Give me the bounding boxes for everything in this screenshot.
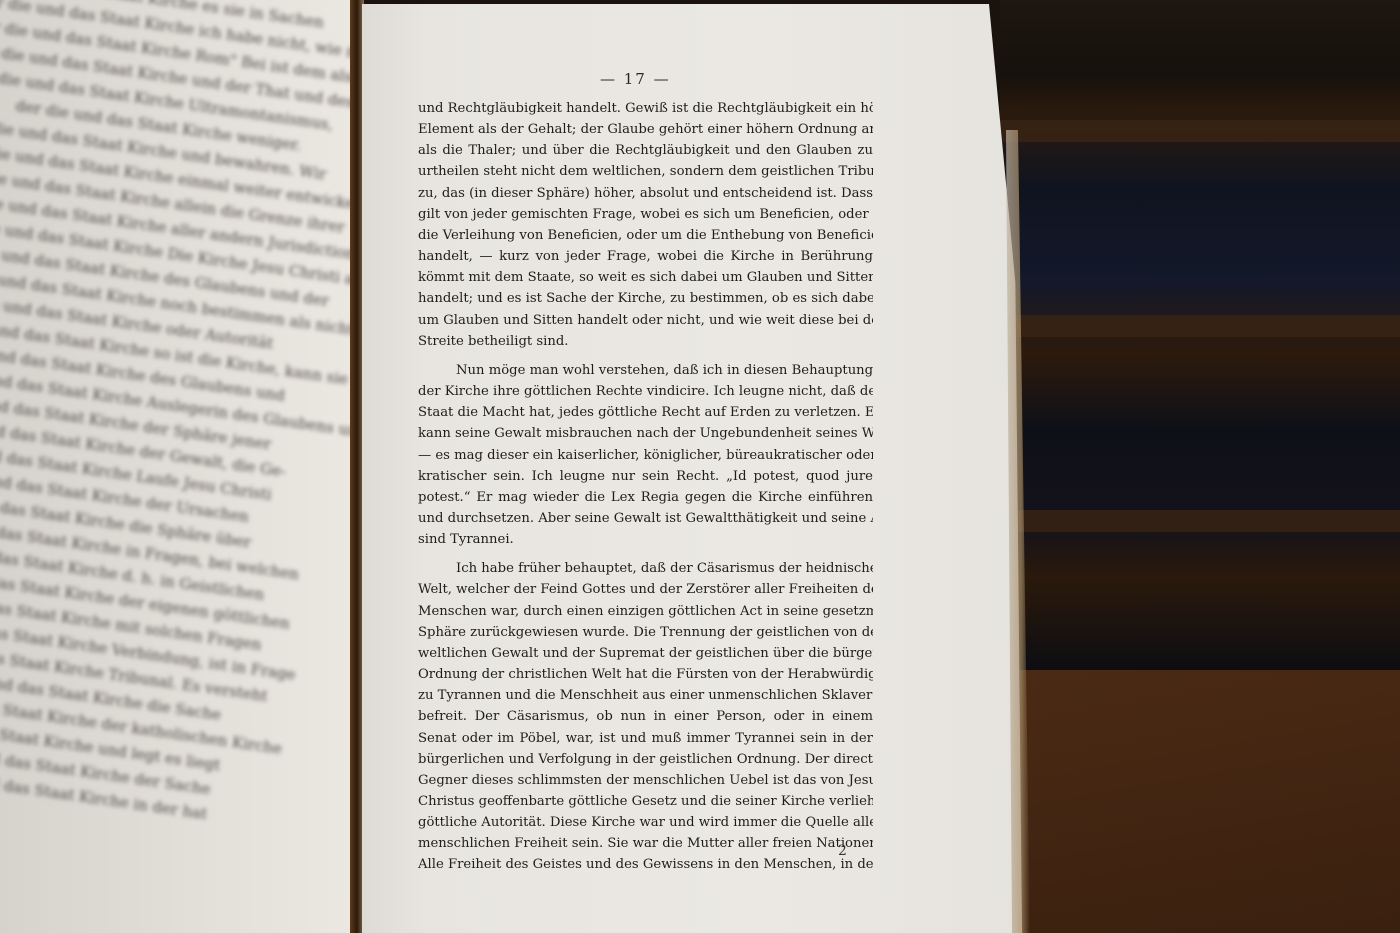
text-line: und durchsetzen. Aber seine Gewalt ist G… — [418, 508, 873, 529]
text-line: urtheilen steht nicht dem weltlichen, so… — [418, 161, 873, 182]
signature-mark: 2 — [838, 843, 847, 859]
page-body-text: und Rechtgläubigkeit handelt. Gewiß ist … — [418, 98, 873, 876]
text-line: als die Thaler; und über die Rechtgläubi… — [418, 140, 873, 161]
text-line: menschlichen Freiheit sein. Sie war die … — [418, 833, 873, 854]
shelf-board — [1000, 315, 1400, 337]
text-line: — es mag dieser ein kaiserlicher, königl… — [418, 445, 873, 466]
text-line: der Kirche ihre göttlichen Rechte vindic… — [418, 381, 873, 402]
text-line: gilt von jeder gemischten Frage, wobei e… — [418, 204, 873, 225]
text-line: Gegner dieses schlimmsten der menschlich… — [418, 770, 873, 791]
paragraph: Nun möge man wohl verstehen, daß ich in … — [418, 360, 873, 550]
text-line: Streite betheiligt sind. — [418, 331, 873, 352]
text-line: kömmt mit dem Staate, so weit es sich da… — [418, 267, 873, 288]
left-page-text-blurred: der die und das Staat Kirche es sie in S… — [0, 0, 320, 827]
text-line: Element als der Gehalt; der Glaube gehör… — [418, 119, 873, 140]
text-line: befreit. Der Cäsarismus, ob nun in einer… — [418, 706, 873, 727]
text-line: sind Tyrannei. — [418, 529, 873, 550]
text-line: um Glauben und Sitten handelt oder nicht… — [418, 310, 873, 331]
shelf-board — [1000, 120, 1400, 142]
text-line: Ordnung der christlichen Welt hat die Fü… — [418, 664, 873, 685]
text-line: Welt, welcher der Feind Gottes und der Z… — [418, 579, 873, 600]
page-number: — 17 — — [600, 70, 671, 88]
book-gutter — [350, 0, 364, 933]
text-line: Christus geoffenbarte göttliche Gesetz u… — [418, 791, 873, 812]
shelf-board — [1000, 510, 1400, 532]
wooden-desk — [1020, 670, 1400, 933]
text-line: bürgerlichen und Verfolgung in der geist… — [418, 749, 873, 770]
text-line: Menschen war, durch einen einzigen göttl… — [418, 601, 873, 622]
text-line: zu, das (in dieser Sphäre) höher, absolu… — [418, 183, 873, 204]
text-line: Alle Freiheit des Geistes und des Gewiss… — [418, 854, 873, 875]
text-line: die Verleihung von Beneficien, oder um d… — [418, 225, 873, 246]
text-line: göttliche Autorität. Diese Kirche war un… — [418, 812, 873, 833]
paragraph: Ich habe früher behauptet, daß der Cäsar… — [418, 558, 873, 875]
paragraph: und Rechtgläubigkeit handelt. Gewiß ist … — [418, 98, 873, 352]
text-line: handelt, — kurz von jeder Frage, wobei d… — [418, 246, 873, 267]
text-line: weltlichen Gewalt und der Supremat der g… — [418, 643, 873, 664]
text-line: Nun möge man wohl verstehen, daß ich in … — [418, 360, 873, 381]
text-line: zu Tyrannen und die Menschheit aus einer… — [418, 685, 873, 706]
text-line: Senat oder im Pöbel, war, ist und muß im… — [418, 728, 873, 749]
text-line: Ich habe früher behauptet, daß der Cäsar… — [418, 558, 873, 579]
left-page: der die und das Staat Kirche es sie in S… — [0, 0, 350, 933]
text-line: Sphäre zurückgewiesen wurde. Die Trennun… — [418, 622, 873, 643]
text-line: kratischer sein. Ich leugne nur sein Rec… — [418, 466, 873, 487]
text-line: potest.“ Er mag wieder die Lex Regia geg… — [418, 487, 873, 508]
text-line: kann seine Gewalt misbrauchen nach der U… — [418, 423, 873, 444]
text-line: handelt; und es ist Sache der Kirche, zu… — [418, 288, 873, 309]
text-line: Staat die Macht hat, jedes göttliche Rec… — [418, 402, 873, 423]
text-line: und Rechtgläubigkeit handelt. Gewiß ist … — [418, 98, 873, 119]
